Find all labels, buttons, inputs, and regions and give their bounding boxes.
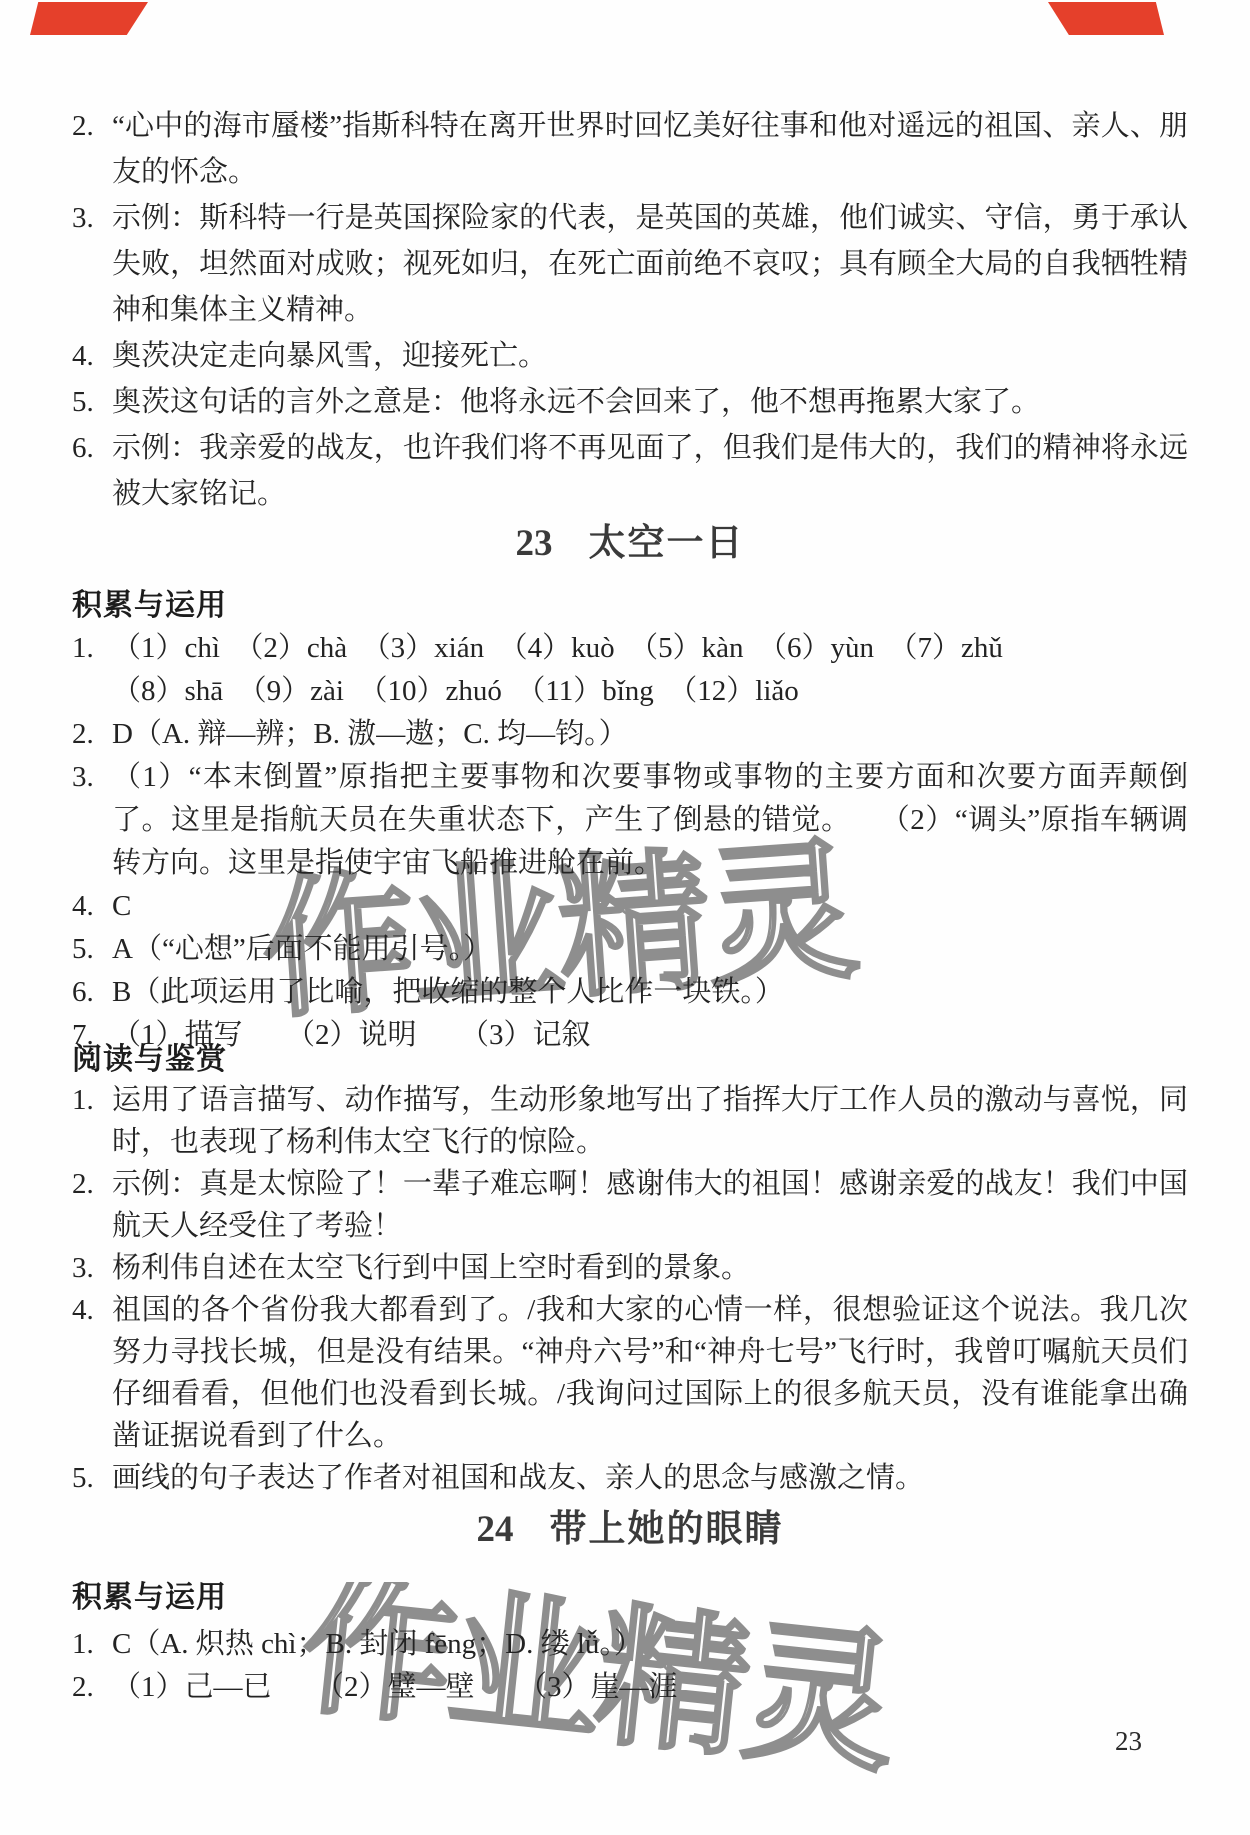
answer-item: 5. 奥茨这句话的言外之意是：他将永远不会回来了，他不想再拖累大家了。 bbox=[72, 379, 1188, 425]
item-text: B（此项运用了比喻，把收缩的整个人比作一块铁。） bbox=[112, 971, 1188, 1014]
item-number: 2. bbox=[72, 1163, 108, 1205]
page-container: 作业精灵 作业精灵 2. “心中的海市蜃楼”指斯科特在离开世界时回忆美好往事和他… bbox=[0, 0, 1250, 1835]
answer-item: 5. 画线的句子表达了作者对祖国和战友、亲人的思念与感激之情。 bbox=[72, 1457, 1188, 1499]
item-text: 奥茨决定走向暴风雪，迎接死亡。 bbox=[112, 333, 1188, 379]
answer-item: 3. 示例：斯科特一行是英国探险家的代表，是英国的英雄，他们诚实、守信，勇于承认… bbox=[72, 195, 1188, 333]
corner-mark-right-icon bbox=[1048, 2, 1164, 35]
item-number: 1. bbox=[72, 1079, 108, 1121]
answer-item: 5. A（“心想”后面不能用引号。） bbox=[72, 928, 1188, 971]
item-number: 4. bbox=[72, 333, 108, 379]
answer-item: 4. 祖国的各个省份我大都看到了。/我和大家的心情一样，很想验证这个说法。我几次… bbox=[72, 1289, 1188, 1457]
lesson24-heading: 24带上她的眼睛 bbox=[72, 1505, 1188, 1555]
item-text: C（A. 炽热 chì；B. 封闭 fēng；D. 缕 lǚ。） bbox=[112, 1623, 1188, 1666]
item-number: 4. bbox=[72, 1289, 108, 1331]
item-text: A（“心想”后面不能用引号。） bbox=[112, 928, 1188, 971]
item-number: 2. bbox=[72, 713, 108, 756]
item-text: 运用了语言描写、动作描写，生动形象地写出了指挥大厅工作人员的激动与喜悦，同时，也… bbox=[112, 1079, 1188, 1163]
section-heading-accumulate: 积累与运用 bbox=[72, 1581, 1188, 1615]
answer-item: 4. 奥茨决定走向暴风雪，迎接死亡。 bbox=[72, 333, 1188, 379]
item-text: 祖国的各个省份我大都看到了。/我和大家的心情一样，很想验证这个说法。我几次努力寻… bbox=[112, 1289, 1188, 1457]
answer-item: 6. B（此项运用了比喻，把收缩的整个人比作一块铁。） bbox=[72, 971, 1188, 1014]
item-number: 3. bbox=[72, 1247, 108, 1289]
lesson23-accumulate-list: 1. （1）chì （2）chà （3）xián （4）kuò （5）kàn （… bbox=[72, 627, 1188, 1057]
heading-number: 24 bbox=[477, 1509, 514, 1550]
item-text: 奥茨这句话的言外之意是：他将永远不会回来了，他不想再拖累大家了。 bbox=[112, 379, 1188, 425]
answer-item: 3. 杨利伟自述在太空飞行到中国上空时看到的景象。 bbox=[72, 1247, 1188, 1289]
heading-title: 带上她的眼睛 bbox=[550, 1509, 784, 1550]
corner-mark-left-icon bbox=[30, 2, 148, 35]
answer-item: 2. （1）己—已 （2）璧—壁 （3）崖—涯 bbox=[72, 1666, 1188, 1709]
item-text: 杨利伟自述在太空飞行到中国上空时看到的景象。 bbox=[112, 1247, 1188, 1289]
pinyin-line-2: （8）shā （9）zài （10）zhuó （11）bǐng （12）liǎo bbox=[112, 670, 1188, 713]
answer-item: 1. C（A. 炽热 chì；B. 封闭 fēng；D. 缕 lǚ。） bbox=[72, 1623, 1188, 1666]
item-number: 5. bbox=[72, 379, 108, 425]
lesson23-reading-list: 1. 运用了语言描写、动作描写，生动形象地写出了指挥大厅工作人员的激动与喜悦，同… bbox=[72, 1079, 1188, 1499]
item-text: 示例：斯科特一行是英国探险家的代表，是英国的英雄，他们诚实、守信，勇于承认失败，… bbox=[112, 195, 1188, 333]
item-number: 1. bbox=[72, 627, 108, 670]
page-number: 23 bbox=[1115, 1726, 1142, 1757]
item-text: D（A. 辩—辨；B. 滶—遨；C. 均—钧。） bbox=[112, 713, 1188, 756]
lesson23-heading: 23太空一日 bbox=[72, 519, 1188, 569]
item-text: “心中的海市蜃楼”指斯科特在离开世界时回忆美好往事和他对遥远的祖国、亲人、朋友的… bbox=[112, 103, 1188, 195]
heading-title: 太空一日 bbox=[589, 523, 745, 564]
pinyin-line-1: （1）chì （2）chà （3）xián （4）kuò （5）kàn （6）y… bbox=[112, 627, 1188, 670]
item-number: 5. bbox=[72, 928, 108, 971]
item-text: （1）“本末倒置”原指把主要事物和次要事物或事物的主要方面和次要方面弄颠倒了。这… bbox=[112, 756, 1188, 885]
answer-item: 1. 运用了语言描写、动作描写，生动形象地写出了指挥大厅工作人员的激动与喜悦，同… bbox=[72, 1079, 1188, 1163]
item-number: 6. bbox=[72, 425, 108, 471]
page-content: 2. “心中的海市蜃楼”指斯科特在离开世界时回忆美好往事和他对遥远的祖国、亲人、… bbox=[72, 103, 1188, 1709]
item-number: 7. bbox=[72, 1014, 108, 1057]
answer-item: 4. C bbox=[72, 885, 1188, 928]
item-text: 画线的句子表达了作者对祖国和战友、亲人的思念与感激之情。 bbox=[112, 1457, 1188, 1499]
item-number: 3. bbox=[72, 195, 108, 241]
answer-item: 2. D（A. 辩—辨；B. 滶—遨；C. 均—钧。） bbox=[72, 713, 1188, 756]
item-number: 4. bbox=[72, 885, 108, 928]
item-text: 示例：真是太惊险了！一辈子难忘啊！感谢伟大的祖国！感谢亲爱的战友！我们中国航天人… bbox=[112, 1163, 1188, 1247]
item-number: 2. bbox=[72, 1666, 108, 1709]
answer-item: 7. （1）描写 （2）说明 （3）记叙 bbox=[72, 1014, 1188, 1057]
item-number: 3. bbox=[72, 756, 108, 799]
item-text: 示例：我亲爱的战友，也许我们将不再见面了，但我们是伟大的，我们的精神将永远被大家… bbox=[112, 425, 1188, 517]
item-number: 6. bbox=[72, 971, 108, 1014]
prev-lesson-list: 2. “心中的海市蜃楼”指斯科特在离开世界时回忆美好往事和他对遥远的祖国、亲人、… bbox=[72, 103, 1188, 517]
item-number: 2. bbox=[72, 103, 108, 149]
answer-item: 2. 示例：真是太惊险了！一辈子难忘啊！感谢伟大的祖国！感谢亲爱的战友！我们中国… bbox=[72, 1163, 1188, 1247]
section-heading-accumulate: 积累与运用 bbox=[72, 589, 1188, 623]
item-text: （1）己—已 （2）璧—壁 （3）崖—涯 bbox=[112, 1666, 1188, 1709]
item-text: （1）描写 （2）说明 （3）记叙 bbox=[112, 1014, 1188, 1057]
answer-item: 3. （1）“本末倒置”原指把主要事物和次要事物或事物的主要方面和次要方面弄颠倒… bbox=[72, 756, 1188, 885]
lesson24-accumulate-list: 1. C（A. 炽热 chì；B. 封闭 fēng；D. 缕 lǚ。） 2. （… bbox=[72, 1623, 1188, 1709]
answer-item: 2. “心中的海市蜃楼”指斯科特在离开世界时回忆美好往事和他对遥远的祖国、亲人、… bbox=[72, 103, 1188, 195]
item-number: 5. bbox=[72, 1457, 108, 1499]
item-text: C bbox=[112, 885, 1188, 928]
item-number: 1. bbox=[72, 1623, 108, 1666]
answer-item: 1. （1）chì （2）chà （3）xián （4）kuò （5）kàn （… bbox=[72, 627, 1188, 713]
heading-number: 23 bbox=[516, 523, 553, 564]
answer-item: 6. 示例：我亲爱的战友，也许我们将不再见面了，但我们是伟大的，我们的精神将永远… bbox=[72, 425, 1188, 517]
